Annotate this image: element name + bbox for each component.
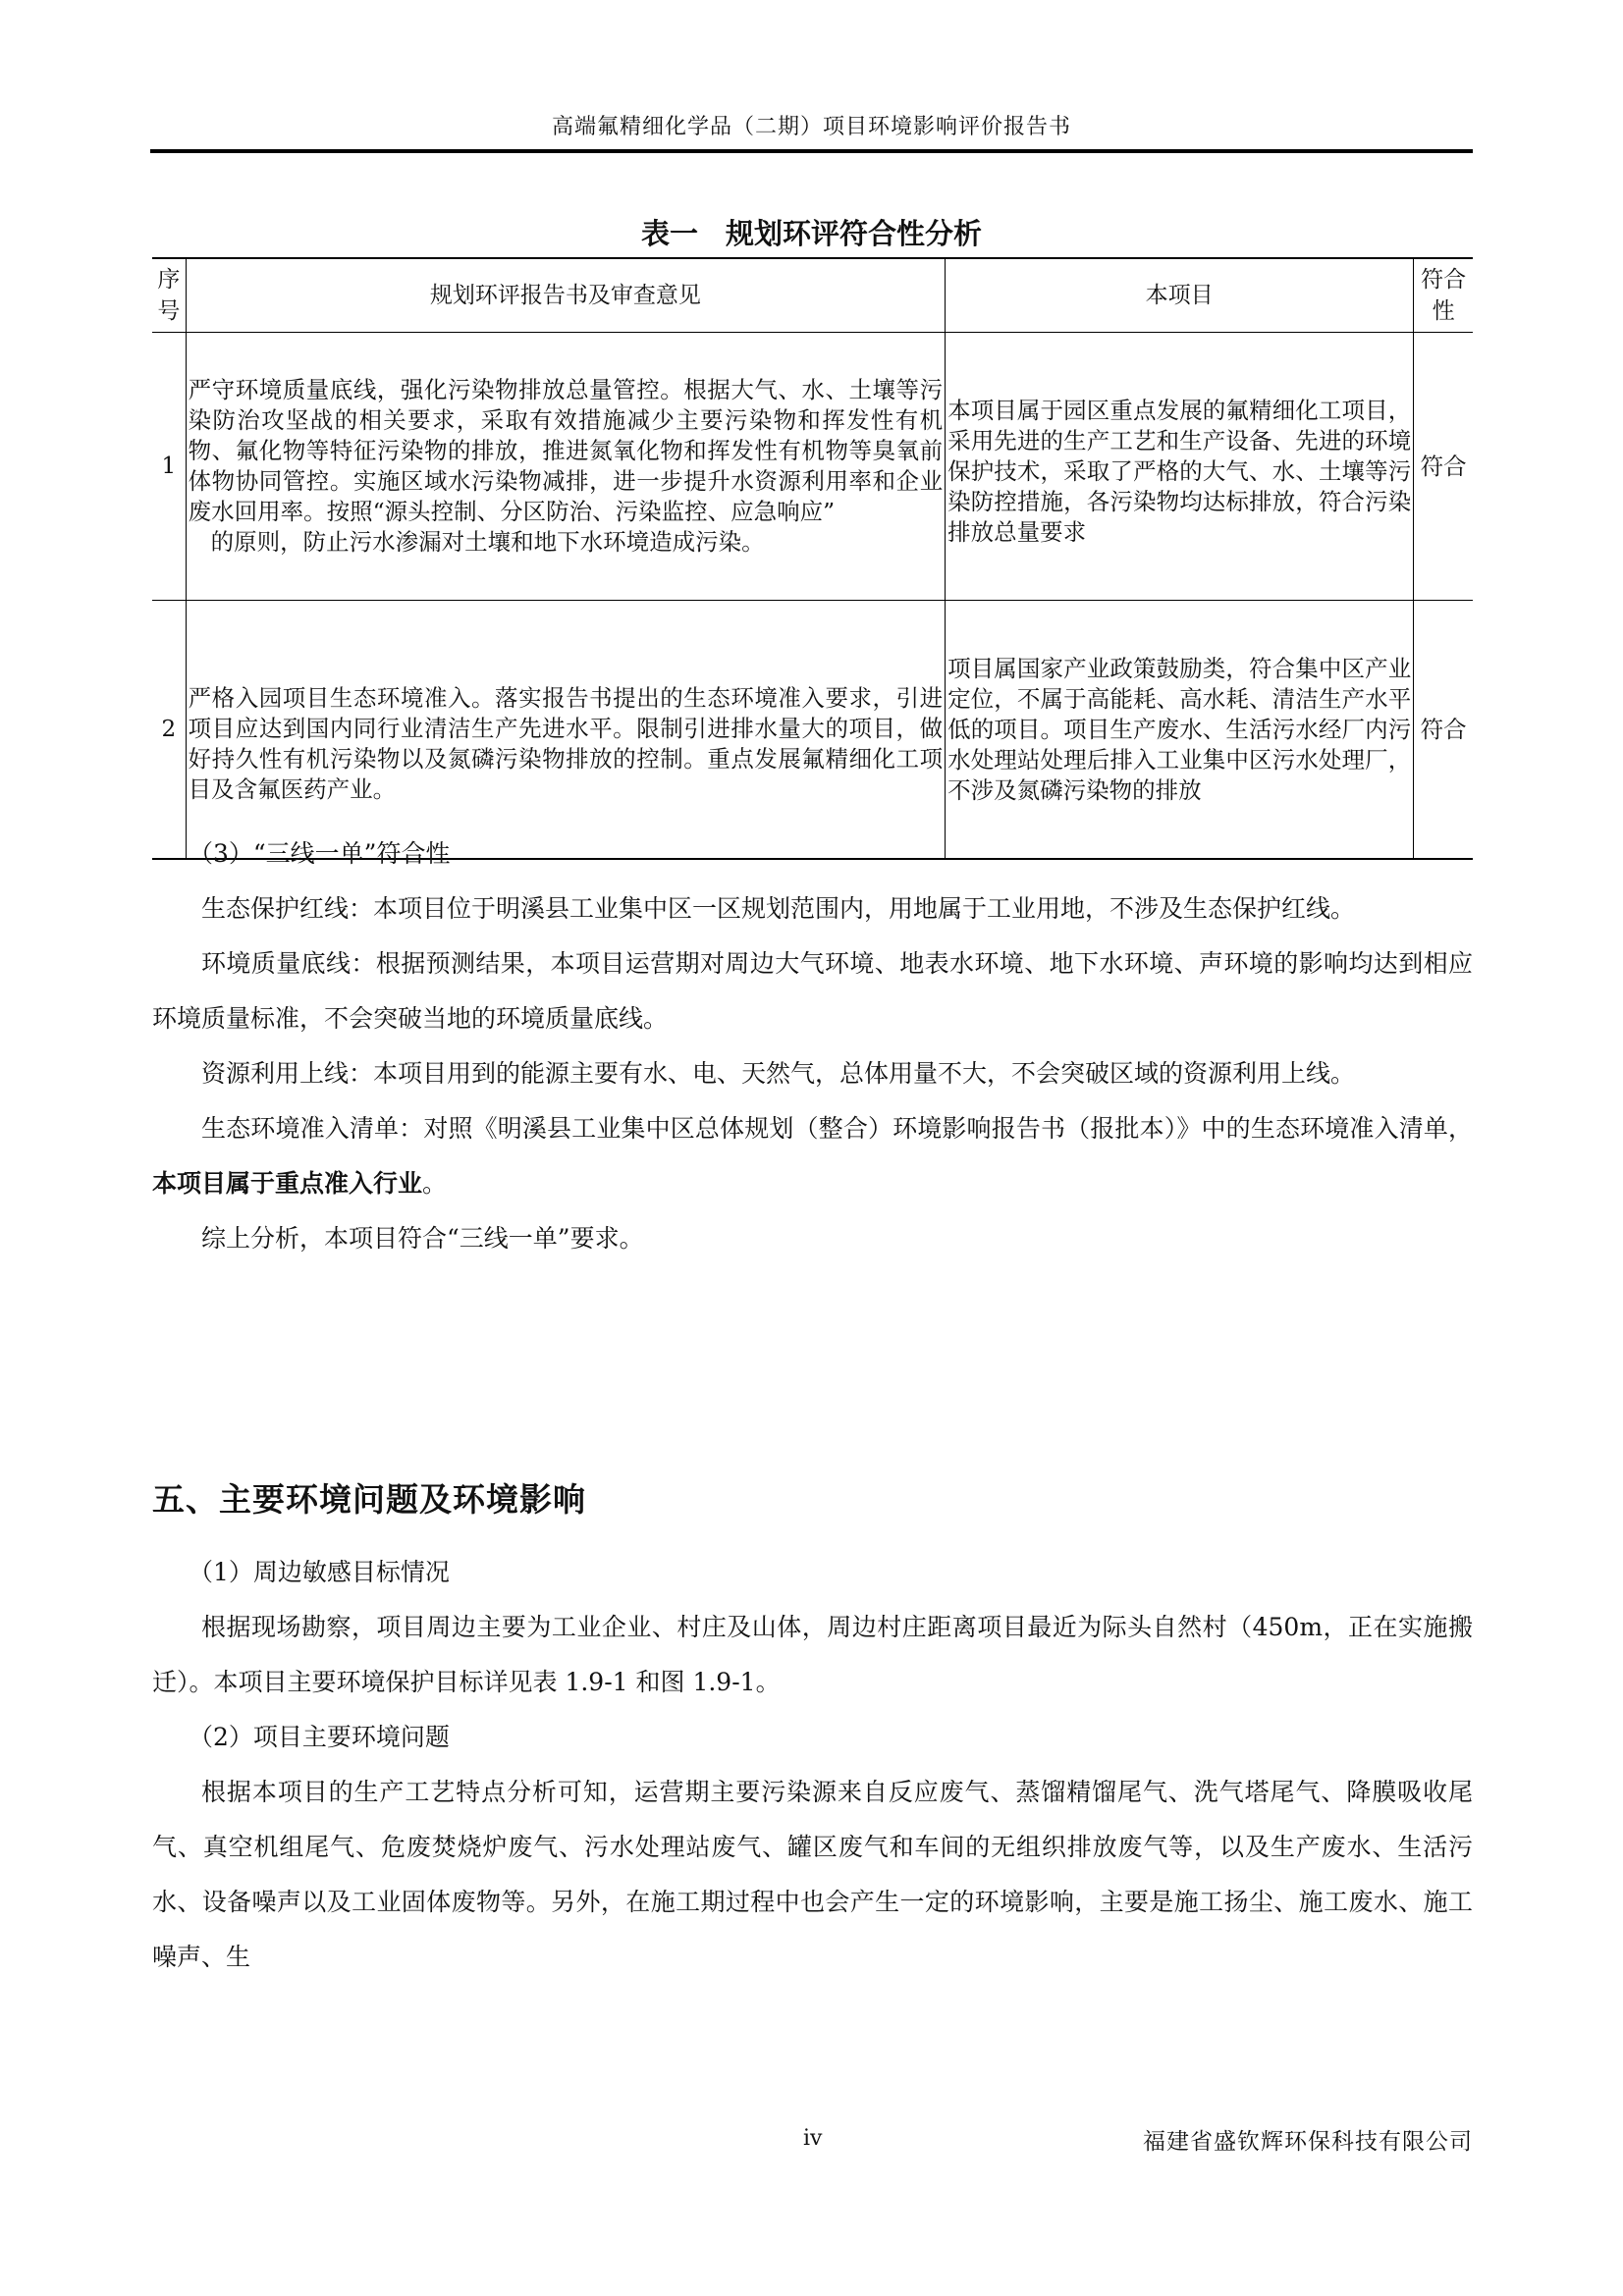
paragraph-resource-ceiling: 资源利用上线：本项目用到的能源主要有水、电、天然气，总体用量不大，不会突破区域的… (152, 1046, 1473, 1101)
subsection-heading: （2）项目主要环境问题 (152, 1710, 1473, 1765)
table-row: 2 严格入园项目生态环境准入。落实报告书提出的生态环境准入要求，引进项目应达到国… (152, 601, 1473, 860)
plan-requirement: 严守环境质量底线，强化污染物排放总量管控。根据大气、水、土壤等污染防治攻坚战的相… (186, 333, 945, 601)
compliance-table: 序 号 规划环评报告书及审查意见 本项目 符合 性 1 严守环境质量底线，强化污… (152, 257, 1473, 860)
paragraph-quality-baseline: 环境质量底线：根据预测结果，本项目运营期对周边大气环境、地表水环境、地下水环境、… (152, 936, 1473, 1046)
table-caption: 规划环评符合性分析 (726, 217, 982, 250)
table-caption-prefix: 表一 (641, 217, 698, 250)
column-header-compliance: 符合 性 (1414, 258, 1473, 333)
column-header-plan: 规划环评报告书及审查意见 (186, 258, 945, 333)
table-row: 1 严守环境质量底线，强化污染物排放总量管控。根据大气、水、土壤等污染防治攻坚战… (152, 333, 1473, 601)
footer-company: 福建省盛钦辉环保科技有限公司 (1143, 2123, 1473, 2156)
column-header-project: 本项目 (946, 258, 1414, 333)
table-header-row: 序 号 规划环评报告书及审查意见 本项目 符合 性 (152, 258, 1473, 333)
section-heading: 五、主要环境问题及环境影响 (152, 1474, 586, 1521)
column-header-no: 序 号 (152, 258, 186, 333)
table-title: 表一规划环评符合性分析 (150, 212, 1473, 252)
paragraph-access-list: 生态环境准入清单：对照《明溪县工业集中区总体规划（整合）环境影响报告书（报批本）… (152, 1101, 1473, 1211)
project-status: 项目属国家产业政策鼓励类，符合集中区产业定位，不属于高能耗、高水耗、清洁生产水平… (946, 601, 1414, 860)
subsection-heading: （3）“三线一单”符合性 (152, 827, 1473, 881)
compliance-result: 符合 (1414, 601, 1473, 860)
subsection-heading: （1）周边敏感目标情况 (152, 1545, 1473, 1600)
row-number: 1 (152, 333, 186, 601)
row-number: 2 (152, 601, 186, 860)
paragraph-ecological-redline: 生态保护红线：本项目位于明溪县工业集中区一区规划范围内，用地属于工业用地，不涉及… (152, 881, 1473, 936)
paragraph-main-issues: 根据本项目的生产工艺特点分析可知，运营期主要污染源来自反应废气、蒸馏精馏尾气、洗… (152, 1765, 1473, 1985)
section-three-lines-one-list: （3）“三线一单”符合性 生态保护红线：本项目位于明溪县工业集中区一区规划范围内… (152, 827, 1473, 1266)
running-header: 高端氟精细化学品（二期）项目环境影响评价报告书 (150, 110, 1473, 140)
paragraph-sensitive-targets: 根据现场勘察，项目周边主要为工业企业、村庄及山体，周边村庄距离项目最近为际头自然… (152, 1600, 1473, 1710)
paragraph-conclusion: 综上分析，本项目符合“三线一单”要求。 (152, 1211, 1473, 1266)
emphasis-key-industry: 本项目属于重点准入行业 (152, 1169, 422, 1198)
header-rule (150, 149, 1473, 153)
compliance-result: 符合 (1414, 333, 1473, 601)
page-number: iv (803, 2126, 822, 2151)
section-environmental-issues: （1）周边敏感目标情况 根据现场勘察，项目周边主要为工业企业、村庄及山体，周边村… (152, 1545, 1473, 1985)
plan-requirement: 严格入园项目生态环境准入。落实报告书提出的生态环境准入要求，引进项目应达到国内同… (186, 601, 945, 860)
project-status: 本项目属于园区重点发展的氟精细化工项目，采用先进的生产工艺和生产设备、先进的环境… (946, 333, 1414, 601)
